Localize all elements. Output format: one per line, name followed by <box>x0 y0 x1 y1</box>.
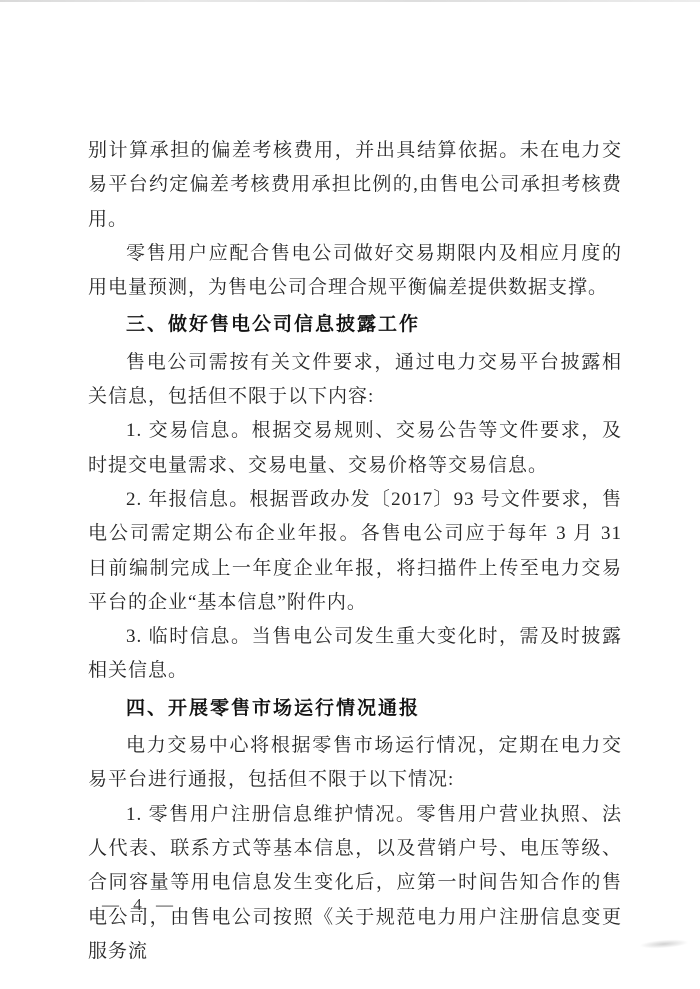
paragraph-continuation: 别计算承担的偏差考核费用，并出具结算依据。未在电力交易平台约定偏差考核费用承担比… <box>88 134 622 237</box>
document-body: 别计算承担的偏差考核费用，并出具结算依据。未在电力交易平台约定偏差考核费用承担比… <box>88 134 622 969</box>
paragraph-disclosure-intro: 售电公司需按有关文件要求，通过电力交易平台披露相关信息，包括但不限于以下内容: <box>88 346 622 415</box>
paragraph-item-1-trade-info: 1. 交易信息。根据交易规则、交易公告等文件要求，及时提交电量需求、交易电量、交… <box>88 414 622 483</box>
paragraph-report-intro: 电力交易中心将根据零售市场运行情况，定期在电力交易平台进行通报，包括但不限于以下… <box>88 729 622 798</box>
paragraph-item-1-registration-info: 1. 零售用户注册信息维护情况。零售用户营业执照、法人代表、联系方式等基本信息，… <box>88 798 622 969</box>
page-number: — 4 — <box>102 895 178 915</box>
scan-artifact-smudge <box>640 938 688 949</box>
scan-edge-line <box>0 0 700 2</box>
paragraph-retail-user-forecast: 零售用户应配合售电公司做好交易期限内及相应月度的用电量预测，为售电公司合理合规平… <box>88 237 622 306</box>
section-heading-three-information-disclosure: 三、做好售电公司信息披露工作 <box>88 308 622 342</box>
section-heading-four-market-operation-report: 四、开展零售市场运行情况通报 <box>88 692 622 726</box>
paragraph-item-3-temporary-info: 3. 临时信息。当售电公司发生重大变化时，需及时披露相关信息。 <box>88 620 622 689</box>
paragraph-item-2-annual-report: 2. 年报信息。根据晋政办发〔2017〕93 号文件要求，售电公司需定期公布企业… <box>88 483 622 620</box>
